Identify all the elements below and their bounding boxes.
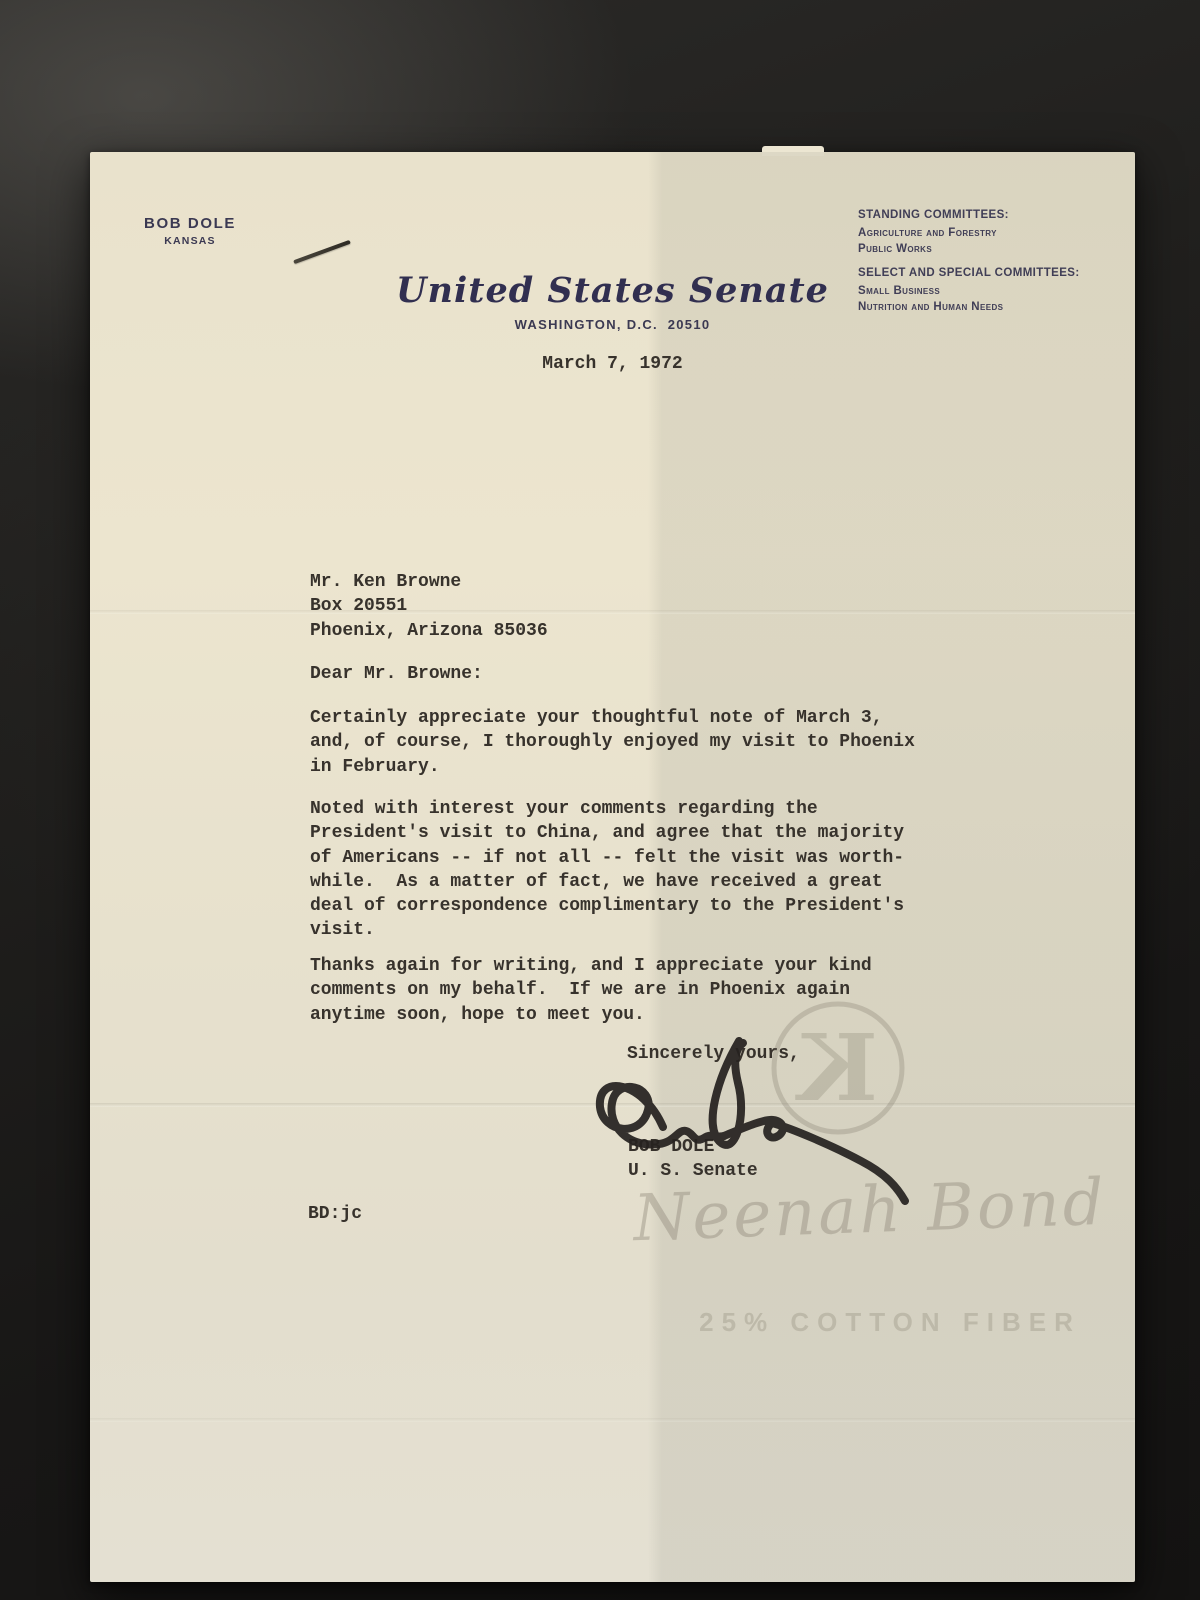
body-paragraph: Noted with interest your comments regard… xyxy=(310,797,904,943)
fold-crease-top xyxy=(90,610,1135,614)
photo-background: K Neenah Bond 25% COTTON FIBER BOB DOLE … xyxy=(0,0,1200,1600)
sender-block: BOB DOLE KANSAS xyxy=(110,215,270,247)
signature xyxy=(585,1025,970,1220)
recipient-line: Phoenix, Arizona 85036 xyxy=(310,619,548,643)
sender-state: KANSAS xyxy=(110,235,270,247)
committee-item: Small Business xyxy=(858,283,1108,299)
fold-crease-bottom xyxy=(90,1418,1135,1422)
letter-document: K Neenah Bond 25% COTTON FIBER BOB DOLE … xyxy=(90,152,1135,1582)
recipient-line: Mr. Ken Browne xyxy=(310,570,548,594)
letter-date: March 7, 1972 xyxy=(90,352,1135,376)
committee-item: Agriculture and Forestry xyxy=(858,225,1108,241)
committees-gap xyxy=(858,257,1108,267)
staple-mark xyxy=(293,240,351,264)
committees-block: STANDING COMMITTEES: Agriculture and For… xyxy=(858,209,1108,315)
letterhead-address: WASHINGTON, D.C. 20510 xyxy=(90,317,1135,332)
sender-name: BOB DOLE xyxy=(110,215,270,232)
watermark-fiber-text: 25% COTTON FIBER xyxy=(590,1307,1190,1338)
select-committees-title: SELECT AND SPECIAL COMMITTEES: xyxy=(858,267,1108,279)
reference-initials: BD:jc xyxy=(308,1202,362,1226)
salutation: Dear Mr. Browne: xyxy=(310,662,483,686)
recipient-line: Box 20551 xyxy=(310,594,548,618)
body-paragraph: Certainly appreciate your thoughtful not… xyxy=(310,706,915,779)
committee-item: Public Works xyxy=(858,241,1108,257)
committee-item: Nutrition and Human Needs xyxy=(858,299,1108,315)
recipient-address: Mr. Ken Browne Box 20551 Phoenix, Arizon… xyxy=(310,570,548,643)
standing-committees-title: STANDING COMMITTEES: xyxy=(858,209,1108,221)
